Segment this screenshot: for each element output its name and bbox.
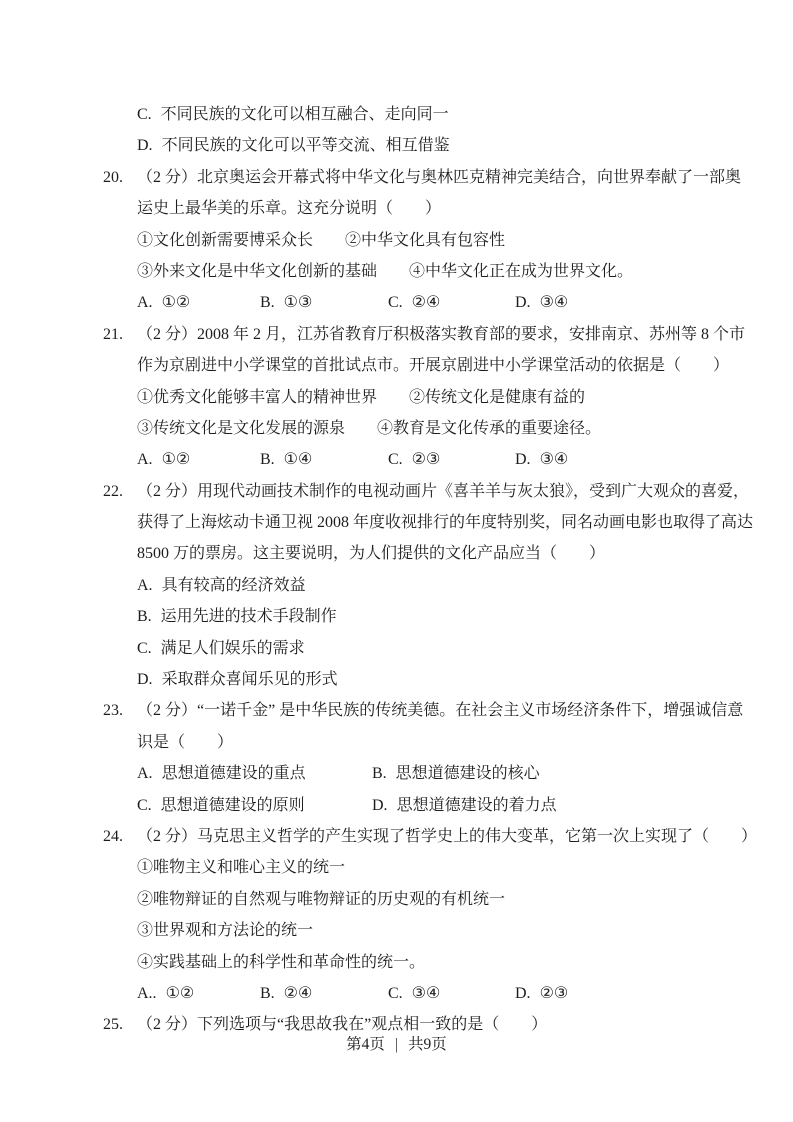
question-points: （2 分） <box>137 326 197 343</box>
choice-c: C.③④ <box>388 978 440 1009</box>
choice-value: ②④ <box>412 294 441 311</box>
question-24-choice-row: A..①② B.②④ C.③④ D.②③ <box>0 978 793 1009</box>
option-label: A. <box>137 765 153 782</box>
question-21-item-line-2: ③传统文化是文化发展的源泉 ④教育是文化传承的重要途径。 <box>0 413 793 444</box>
choice-label: B. <box>260 985 275 1002</box>
choice-label: C. <box>388 294 403 311</box>
question-22-option-b: B.运用先进的技术手段制作 <box>0 601 793 632</box>
question-21-item-line-1: ①优秀文化能够丰富人的精神世界 ②传统文化是健康有益的 <box>0 382 793 413</box>
choice-b: B.①④ <box>260 444 312 475</box>
choice-a: A..①② <box>137 978 194 1009</box>
option-label: C. <box>137 797 152 814</box>
question-points: （2 分） <box>137 1016 197 1033</box>
choice-label: B. <box>260 294 275 311</box>
choice-value: ①② <box>162 451 191 468</box>
footer-separator: | <box>395 1036 398 1053</box>
choice-value: ③④ <box>540 294 569 311</box>
option-line-c: C.不同民族的文化可以相互融合、走向同一 <box>0 99 793 130</box>
option-text: 思想道德建设的原则 <box>161 797 305 814</box>
option-text: 思想道德建设的核心 <box>396 765 540 782</box>
exam-content: C.不同民族的文化可以相互融合、走向同一 D.不同民族的文化可以平等交流、相互借… <box>0 99 793 1041</box>
option-c: C.思想道德建设的原则 <box>137 790 305 821</box>
option-label: C. <box>137 640 152 657</box>
option-label: B. <box>137 608 152 625</box>
stem-text: “一诺千金” 是中华民族的传统美德。在社会主义市场经济条件下，增强诚信意 <box>197 702 743 719</box>
option-text: 满足人们娱乐的需求 <box>161 640 305 657</box>
question-20-item-line-2: ③外来文化是中华文化创新的基础 ④中华文化正在成为世界文化。 <box>0 256 793 287</box>
choice-a: A.①② <box>137 444 190 475</box>
choice-label: D. <box>515 451 531 468</box>
question-22-option-c: C.满足人们娱乐的需求 <box>0 633 793 664</box>
choice-label: C. <box>388 985 403 1002</box>
choice-value: ②③ <box>540 985 569 1002</box>
stem-text: 2008 年 2 月，江苏省教育厅积极落实教育部的要求，安排南京、苏州等 8 个… <box>197 326 745 343</box>
option-text: 不同民族的文化可以平等交流、相互借鉴 <box>162 137 450 154</box>
question-23-stem-line-2: 识是（ ） <box>0 727 793 758</box>
page-footer: 第4页|共9页 <box>0 1034 793 1056</box>
choice-value: ③④ <box>412 985 441 1002</box>
question-24-item-line-2: ②唯物辩证的自然观与唯物辩证的历史观的有机统一 <box>0 884 793 915</box>
question-22-option-a: A.具有较高的经济效益 <box>0 570 793 601</box>
question-points: （2 分） <box>137 828 197 845</box>
question-24-item-line-4: ④实践基础上的科学性和革命性的统一。 <box>0 947 793 978</box>
option-text: 采取群众喜闻乐见的形式 <box>162 671 338 688</box>
choice-value: ①④ <box>284 451 313 468</box>
choice-label: A. <box>137 451 153 468</box>
question-22-stem-line-2: 获得了上海炫动卡通卫视 2008 年度收视排行的年度特别奖，同名动画电影也取得了… <box>0 507 793 538</box>
option-label: D. <box>137 671 153 688</box>
question-number: 20. <box>103 162 137 193</box>
question-points: （2 分） <box>137 702 197 719</box>
option-text: 思想道德建设的重点 <box>162 765 306 782</box>
question-21-choice-row: A.①② B.①④ C.②③ D.③④ <box>0 444 793 475</box>
option-label: B. <box>372 765 387 782</box>
choice-label: C. <box>388 451 403 468</box>
question-20-choice-row: A.①② B.①③ C.②④ D.③④ <box>0 287 793 318</box>
question-20-item-line-1: ①文化创新需要博采众长 ②中华文化具有包容性 <box>0 225 793 256</box>
footer-page-number: 第4页 <box>346 1036 385 1053</box>
option-text: 具有较高的经济效益 <box>162 577 306 594</box>
question-24-stem-line-1: 24.（2 分）马克思主义哲学的产生实现了哲学史上的伟大变革，它第一次上实现了（… <box>0 821 793 852</box>
question-20-stem-line-2: 运史上最华美的乐章。这充分说明（ ） <box>0 193 793 224</box>
choice-label: A.. <box>137 985 157 1002</box>
option-label: D. <box>372 797 388 814</box>
question-21-stem-line-1: 21.（2 分）2008 年 2 月，江苏省教育厅积极落实教育部的要求，安排南京… <box>0 319 793 350</box>
option-b: B.思想道德建设的核心 <box>372 758 540 789</box>
choice-value: ②④ <box>284 985 313 1002</box>
choice-label: D. <box>515 985 531 1002</box>
option-a: A.思想道德建设的重点 <box>137 758 306 789</box>
choice-d: D.③④ <box>515 287 568 318</box>
choice-d: D.③④ <box>515 444 568 475</box>
question-number: 22. <box>103 476 137 507</box>
option-line-d: D.不同民族的文化可以平等交流、相互借鉴 <box>0 130 793 161</box>
question-number: 21. <box>103 319 137 350</box>
footer-total-pages: 共9页 <box>408 1036 447 1053</box>
option-text: 运用先进的技术手段制作 <box>161 608 337 625</box>
question-22-stem-line-3: 8500 万的票房。这主要说明，为人们提供的文化产品应当（ ） <box>0 538 793 569</box>
choice-value: ③④ <box>540 451 569 468</box>
question-23-stem-line-1: 23.（2 分）“一诺千金” 是中华民族的传统美德。在社会主义市场经济条件下，增… <box>0 695 793 726</box>
question-24-item-line-1: ①唯物主义和唯心主义的统一 <box>0 852 793 883</box>
question-number: 24. <box>103 821 137 852</box>
exam-page: C.不同民族的文化可以相互融合、走向同一 D.不同民族的文化可以平等交流、相互借… <box>0 0 793 1122</box>
question-24-item-line-3: ③世界观和方法论的统一 <box>0 915 793 946</box>
choice-value: ①③ <box>284 294 313 311</box>
question-points: （2 分） <box>137 483 197 500</box>
choice-value: ①② <box>162 294 191 311</box>
option-label: C. <box>137 106 152 123</box>
question-23-option-row-1: A.思想道德建设的重点 B.思想道德建设的核心 <box>0 758 793 789</box>
option-label: A. <box>137 577 153 594</box>
question-23-option-row-2: C.思想道德建设的原则 D.思想道德建设的着力点 <box>0 790 793 821</box>
choice-label: D. <box>515 294 531 311</box>
question-number: 23. <box>103 695 137 726</box>
option-d: D.思想道德建设的着力点 <box>372 790 557 821</box>
choice-a: A.①② <box>137 287 190 318</box>
stem-text: 北京奥运会开幕式将中华文化与奥林匹克精神完美结合，向世界奉献了一部奥 <box>197 169 741 186</box>
question-22-option-d: D.采取群众喜闻乐见的形式 <box>0 664 793 695</box>
question-22-stem-line-1: 22.（2 分）用现代动画技术制作的电视动画片《喜羊羊与灰太狼》，受到广大观众的… <box>0 476 793 507</box>
choice-c: C.②④ <box>388 287 440 318</box>
choice-value: ②③ <box>412 451 441 468</box>
option-text: 不同民族的文化可以相互融合、走向同一 <box>161 106 449 123</box>
choice-d: D.②③ <box>515 978 568 1009</box>
option-text: 思想道德建设的着力点 <box>397 797 557 814</box>
choice-b: B.②④ <box>260 978 312 1009</box>
question-20-stem-line-1: 20.（2 分）北京奥运会开幕式将中华文化与奥林匹克精神完美结合，向世界奉献了一… <box>0 162 793 193</box>
question-points: （2 分） <box>137 169 197 186</box>
choice-label: B. <box>260 451 275 468</box>
choice-c: C.②③ <box>388 444 440 475</box>
choice-value: ①② <box>166 985 195 1002</box>
choice-label: A. <box>137 294 153 311</box>
question-21-stem-line-2: 作为京剧进中小学课堂的首批试点市。开展京剧进中小学课堂活动的依据是（ ） <box>0 350 793 381</box>
choice-b: B.①③ <box>260 287 312 318</box>
stem-text: 下列选项与“我思故我在”观点相一致的是（ ） <box>197 1016 547 1033</box>
option-label: D. <box>137 137 153 154</box>
stem-text: 用现代动画技术制作的电视动画片《喜羊羊与灰太狼》，受到广大观众的喜爱， <box>197 483 749 500</box>
stem-text: 马克思主义哲学的产生实现了哲学史上的伟大变革，它第一次上实现了（ ） <box>197 828 757 845</box>
